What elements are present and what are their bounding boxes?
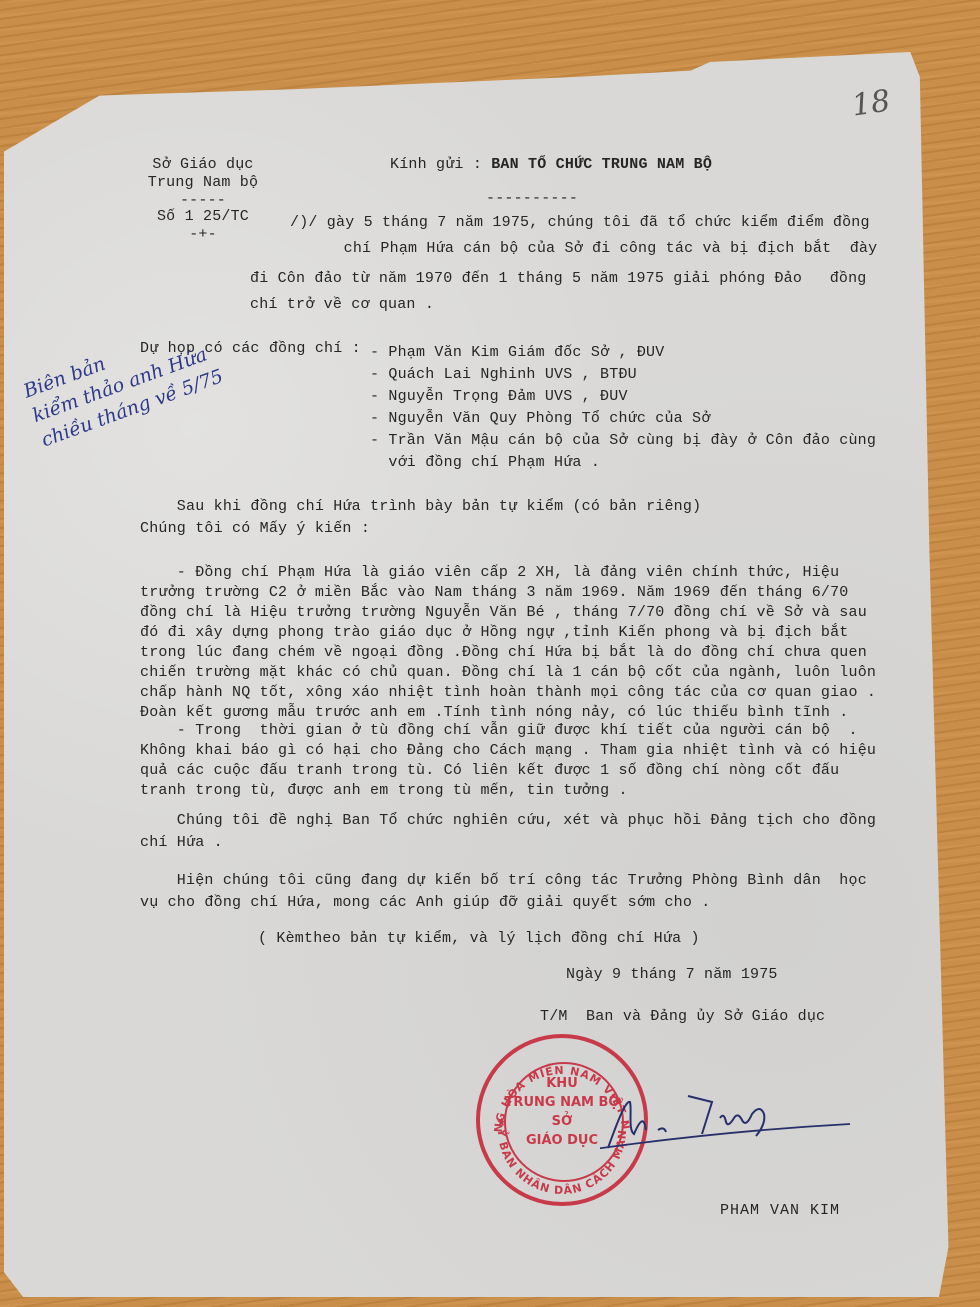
body-line: trưởng trường C2 ở miền Bắc vào Nam thán… — [140, 584, 849, 601]
body-line: vụ cho đồng chí Hứa, mong các Anh giúp đ… — [140, 894, 711, 911]
attendee-item: - Phạm Văn Kim Giám đốc Sở , ĐUV — [370, 344, 664, 361]
body-line: tranh trong tù, được anh em trong tù mến… — [140, 782, 628, 799]
body-line: chiến trường mặt khác có chủ quan. Đồng … — [140, 664, 876, 681]
handwritten-signature — [600, 1090, 860, 1160]
body-line: đồng chí là Hiệu trưởng trường Nguyễn Vă… — [140, 604, 867, 621]
heading-rule: ---------- — [486, 190, 578, 207]
body-line: chí Hứa . — [140, 834, 223, 851]
org-name-line2: Trung Nam bộ — [138, 174, 268, 191]
attendee-item: - Nguyễn Trọng Đảm UVS , ĐUV — [370, 388, 628, 405]
org-name-line1: Sở Giáo dục — [138, 156, 268, 173]
body-line: Đoàn kết gương mẫu trước anh em .Tính tì… — [140, 704, 849, 721]
on-behalf-line: T/M Ban và Đảng ủy Sở Giáo dục — [540, 1008, 825, 1025]
body-line: Không khai báo gì có hại cho Đảng cho Cá… — [140, 742, 876, 759]
attendee-item: - Trần Văn Mậu cán bộ của Sở cùng bị đày… — [370, 432, 876, 449]
body-line: quả các cuộc đấu tranh trong tù. Có liên… — [140, 762, 839, 779]
attendee-item: với đồng chí Phạm Hứa . — [370, 454, 600, 471]
intro-line: chí Phạm Hứa cán bộ của Sở đi công tác v… — [270, 240, 877, 257]
body-line: Chúng tôi đề nghị Ban Tổ chức nghiên cứu… — [140, 812, 876, 829]
intro-line: /)/ gày 5 tháng 7 năm 1975, chúng tôi đã… — [290, 214, 870, 231]
body-line: trong lúc đang chém về ngoại đồng .Đồng … — [140, 644, 867, 661]
attendee-item: - Quách Lai Nghinh UVS , BTĐU — [370, 366, 637, 383]
recipient-heading: Kính gửi : BAN TỔ CHỨC TRUNG NAM BỘ — [390, 156, 712, 173]
intro-line: chí trở về cơ quan . — [250, 296, 434, 313]
signer-name: PHAM VAN KIM — [720, 1202, 840, 1219]
body-line: đó đi xây dựng phong trào giáo dục ở Hồn… — [140, 624, 849, 641]
page-number: 18 — [850, 84, 893, 124]
body-line: Chúng tôi có Mấy ý kiến : — [140, 520, 370, 537]
body-line: - Đồng chí Phạm Hứa là giáo viên cấp 2 X… — [140, 564, 839, 581]
document-mark: -+- — [138, 226, 268, 243]
body-line: chấp hành NQ tốt, xông xáo nhiệt tình ho… — [140, 684, 876, 701]
attendee-item: - Nguyễn Văn Quy Phòng Tổ chức của Sở — [370, 410, 710, 427]
salutation: Kính gửi : — [390, 156, 491, 173]
body-line: Sau khi đồng chí Hứa trình bày bản tự ki… — [140, 498, 701, 515]
body-line: - Trong thời gian ở tù đồng chí vẫn giữ … — [140, 722, 858, 739]
signing-date: Ngày 9 tháng 7 năm 1975 — [566, 966, 778, 983]
body-line: Hiện chúng tôi cũng đang dự kiến bố trí … — [140, 872, 867, 889]
intro-line: đi Côn đảo từ năm 1970 đến 1 tháng 5 năm… — [250, 270, 867, 287]
org-rule: ----- — [138, 192, 268, 209]
attachment-note: ( Kèmtheo bản tự kiểm, và lý lịch đồng c… — [258, 930, 700, 947]
document-number: Số 1 25/TC — [138, 208, 268, 225]
recipient-name: BAN TỔ CHỨC TRUNG NAM BỘ — [491, 156, 712, 173]
